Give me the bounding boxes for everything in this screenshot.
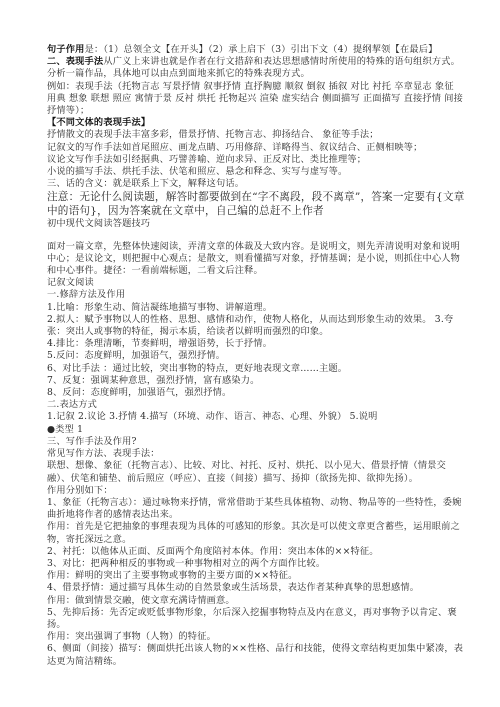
novel-line: 小说的描写手法、烘托手法、伏笔和照应、悬念和释念、实写与虚写等。: [47, 166, 465, 178]
rhetoric-item: 4.排比：条理清晰，节奏鲜明，增强语势，长于抒情。: [47, 338, 465, 350]
tips-title: 初中现代文阅读答题技巧: [47, 218, 465, 230]
bold-label: 二、表现手法: [47, 56, 103, 67]
genre-heading: 【不同文体的表现手法】: [47, 117, 465, 129]
common-methods-list: 联想、想像、象征（托物言志）、比较、对比、衬托、反衬、烘托、以小见大、借景抒情（…: [47, 460, 465, 484]
rhetoric-item: 8、反问：态度鲜明，加强语气，强烈抒情。: [47, 387, 465, 399]
effects-heading: 作用分别如下：: [47, 485, 465, 497]
rhetoric-item: 5.反问：态度鲜明，加强语气，强烈抒情。: [47, 350, 465, 362]
section-3-line: 三、话的含义：就是联系上下文，解释这句话。: [47, 178, 465, 190]
expression-list: 1.记叙 2.议论 3.抒情 4.描写（环境、动作、语言、神态、心理、外貌） 5…: [47, 411, 465, 423]
writing-effect: 作用：鲜明的突出了主要事物或事物的主要方面的××特征。: [47, 570, 465, 582]
expression-heading: 二.表达方式: [47, 399, 465, 411]
writing-item: 4、借景抒情：通过描写具体生动的自然景象或生活场景，表达作者某种真挚的思想感情。: [47, 582, 465, 594]
writing-item: 5、先抑后扬：先否定或贬低事物形象，尔后深入挖掘事物特点及内在意义，再对事物予以…: [47, 607, 465, 631]
type-1-label: ●类型 1: [47, 424, 465, 436]
writing-item: 2、衬托：以他体从正面、反面两个角度陪衬本体。作用：突出本体的××特征。: [47, 546, 465, 558]
writing-effect: 作用：突出强调了事物（人物）的特征。: [47, 631, 465, 643]
spacer: [47, 231, 465, 241]
writing-effect: 作用：做到情景交融，使文章充满诗情画意。: [47, 595, 465, 607]
argument-line: 议论文写作手法如引经据典、巧譬善喻、逆向求异、正反对比、类比推理等；: [47, 154, 465, 166]
sentence-function-line: 句子作用是：（1）总领全文【在开头】（2）承上启下（3）引出下文（4）提纲挈领【…: [47, 44, 465, 56]
narrative-reading-heading: 记叙文阅读: [47, 277, 465, 289]
writing-item: 6、侧面（间接）描写：侧面烘托出该人物的××性格、品行和技能，使得文章结构更加集…: [47, 643, 465, 667]
example-line: 例如：表现手法（托物言志 写景抒情 叙事抒情 直抒胸臆 顺叙 倒叙 插叙 对比 …: [47, 81, 465, 118]
rhetoric-item: 1.比喻：形象生动、简洁凝练地描写事物、讲解道理。: [47, 302, 465, 314]
narrative-line: 记叙文的写作手法如首尾照应、画龙点睛、巧用修辞、详略得当、叙议结合、正侧相映等；: [47, 142, 465, 154]
writing-effect: 作用：首先是它把抽象的事理表现为具体的可感知的形象。其次是可以使文章更含蓄些，运…: [47, 521, 465, 545]
section-2-heading: 二、表现手法从广义上来讲也就是作者在行文措辞和表达思想感情时所使用的特殊的语句组…: [47, 56, 465, 80]
note-paragraph: 注意：无论什么阅读题，解答时都要做到在“字不离段，段不离章”，答案一定要有{文章…: [47, 190, 465, 218]
lyric-prose-line: 抒情散文的表现手法丰富多彩，借景抒情、托物言志、抑扬结合、 象征等手法；: [47, 129, 465, 141]
rhetoric-item: 2.拟人：赋予事物以人的性格、思想、感情和动作，使物人格化，从而达到形象生动的效…: [47, 314, 465, 338]
rhetoric-item: 6、对比手法 ：通过比较，突出事物的特点，更好地表现文章……主题。: [47, 363, 465, 375]
writing-item: 3、对比：把两种相反的事物或一种事物相对立的两个方面作比较。: [47, 558, 465, 570]
writing-heading: 三、写作手法及作用?: [47, 436, 465, 448]
common-methods-heading: 常见写作方法、表现手法：: [47, 448, 465, 460]
rhetoric-item: 7、反复：强调某种意思，强烈抒情，富有感染力。: [47, 375, 465, 387]
rhetoric-heading: 一.修辞方法及作用: [47, 289, 465, 301]
bold-label: 句子作用: [47, 44, 85, 55]
overview-paragraph: 面对一篇文章，先整体快速阅读，弄清文章的体裁及大致内容。是说明文，则先弄清说明对…: [47, 241, 465, 278]
document-page: 句子作用是：（1）总领全文【在开头】（2）承上启下（3）引出下文（4）提纲挈领【…: [47, 44, 465, 668]
writing-item: 1、象征（托物言志）：通过咏物来抒情，常常借助于某些具体植物、动物、物品等的一些…: [47, 497, 465, 521]
